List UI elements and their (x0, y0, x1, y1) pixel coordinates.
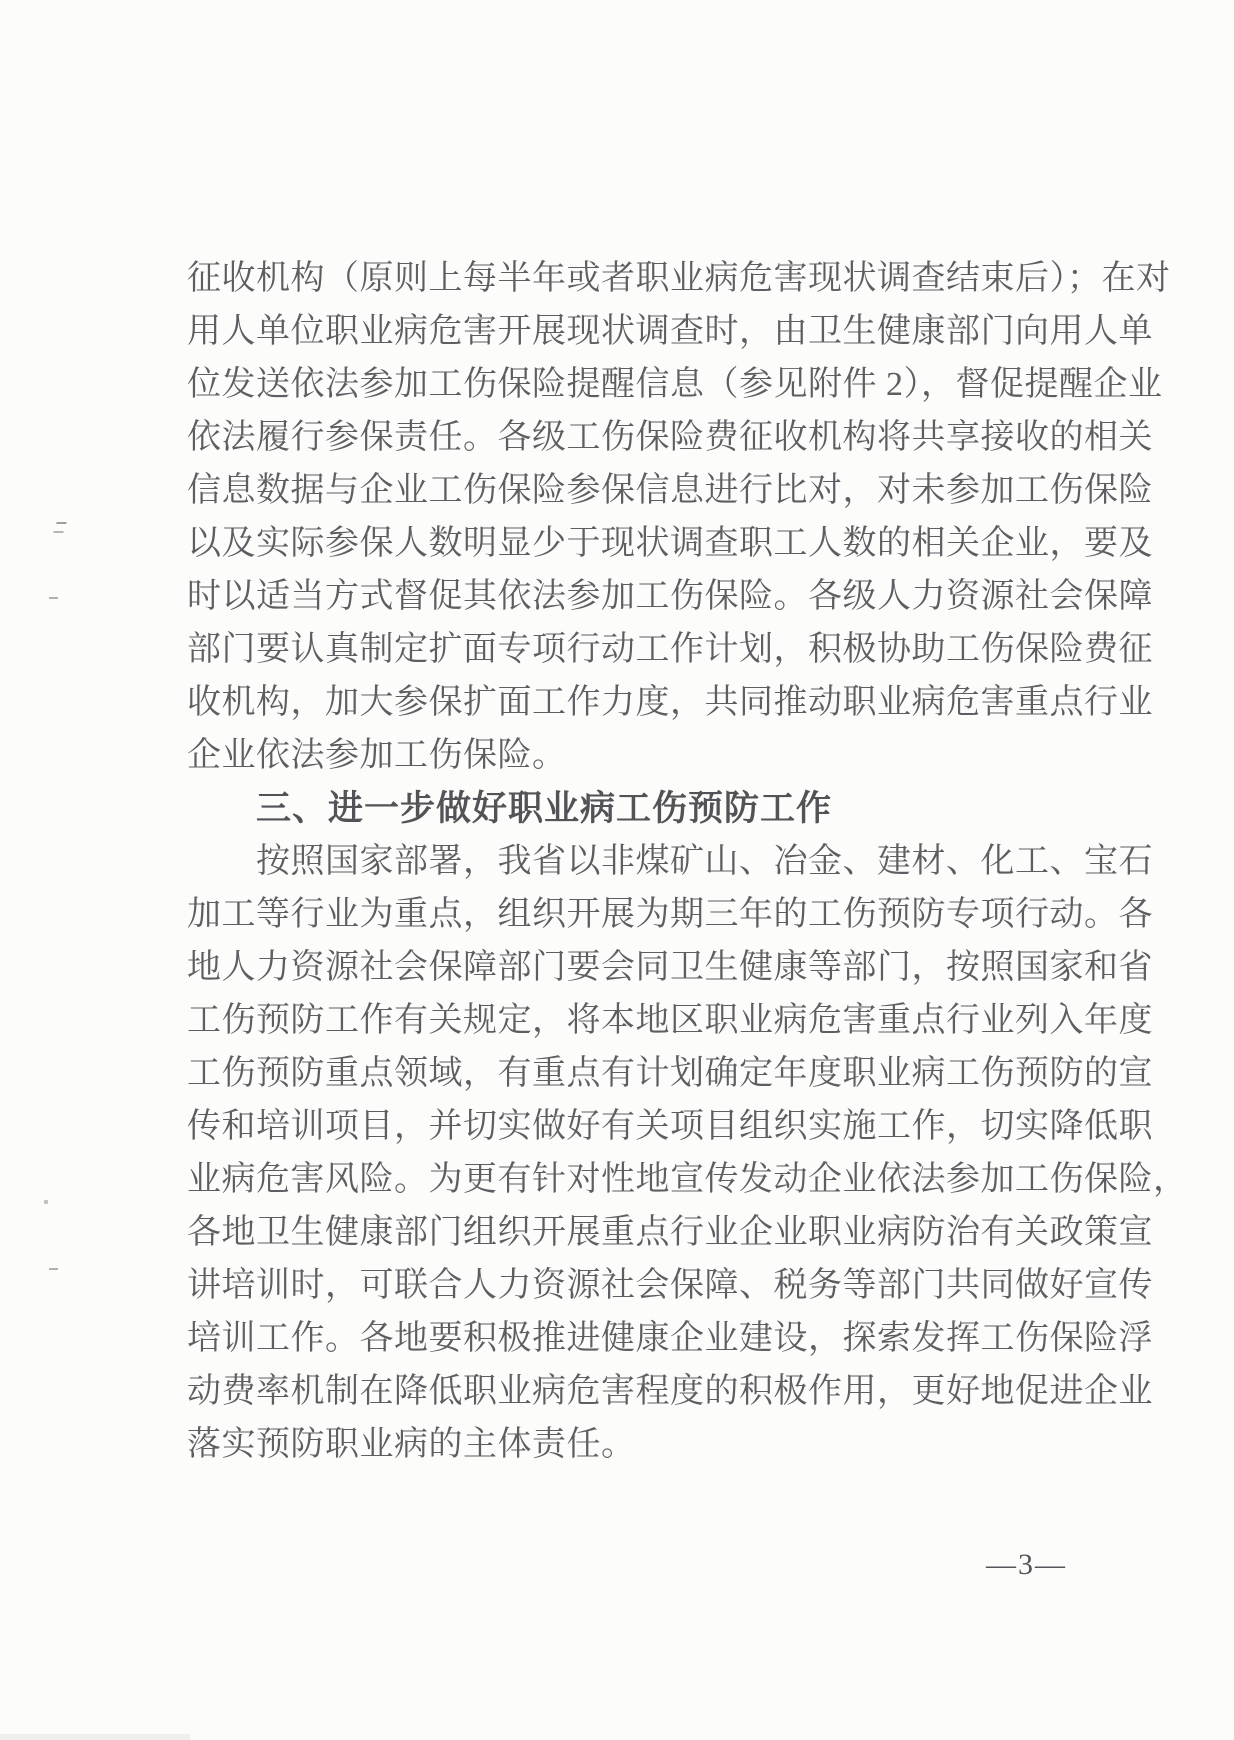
body-line: 各地卫生健康部门组织开展重点行业企业职业病防治有关政策宣 (187, 1206, 988, 1259)
body-line: 培训工作。各地要积极推进健康企业建设，探索发挥工伤保险浮 (187, 1312, 988, 1365)
body-line: 讲培训时，可联合人力资源社会保障、税务等部门共同做好宣传 (187, 1259, 988, 1312)
scan-speck (44, 1200, 48, 1204)
document-text-block: 征收机构（原则上每半年或者职业病危害现状调查结束后）；在对 用人单位职业病危害开… (187, 252, 988, 1471)
body-line: 传和培训项目，并切实做好有关项目组织实施工作，切实降低职 (187, 1100, 988, 1153)
body-line: 地人力资源社会保障部门要会同卫生健康等部门，按照国家和省 (187, 941, 988, 994)
page-number: —3— (986, 1548, 1067, 1582)
body-line: 工伤预防工作有关规定，将本地区职业病危害重点行业列入年度 (187, 994, 988, 1047)
body-line: 收机构，加大参保扩面工作力度，共同推动职业病危害重点行业 (187, 676, 988, 729)
body-line: 业病危害风险。为更有针对性地宣传发动企业依法参加工伤保险， (187, 1153, 988, 1206)
body-line: 征收机构（原则上每半年或者职业病危害现状调查结束后）；在对 (187, 252, 988, 305)
scanned-document-page: 征收机构（原则上每半年或者职业病危害现状调查结束后）；在对 用人单位职业病危害开… (0, 0, 1234, 1740)
body-line: 按照国家部署，我省以非煤矿山、冶金、建材、化工、宝石 (187, 835, 988, 888)
body-line: 信息数据与企业工伤保险参保信息进行比对，对未参加工伤保险 (187, 464, 988, 517)
body-line: 动费率机制在降低职业病危害程度的积极作用，更好地促进企业 (187, 1365, 988, 1418)
body-line: 落实预防职业病的主体责任。 (187, 1418, 988, 1471)
body-line: 位发送依法参加工伤保险提醒信息（参见附件 2），督促提醒企业 (187, 358, 988, 411)
body-line: 以及实际参保人数明显少于现状调查职工人数的相关企业，要及 (187, 517, 988, 570)
scan-edge-artifact (0, 1734, 190, 1740)
body-line: 部门要认真制定扩面专项行动工作计划，积极协助工伤保险费征 (187, 623, 988, 676)
body-line: 依法履行参保责任。各级工伤保险费征收机构将共享接收的相关 (187, 411, 988, 464)
body-line: 企业依法参加工伤保险。 (187, 729, 988, 782)
body-line: 工伤预防重点领域，有重点有计划确定年度职业病工伤预防的宣 (187, 1047, 988, 1100)
body-line: 时以适当方式督促其依法参加工伤保险。各级人力资源社会保障 (187, 570, 988, 623)
section-heading: 三、进一步做好职业病工伤预防工作 (187, 782, 988, 835)
scan-speck (53, 522, 67, 533)
body-line: 用人单位职业病危害开展现状调查时，由卫生健康部门向用人单 (187, 305, 988, 358)
scan-speck (49, 1268, 58, 1270)
body-line: 加工等行业为重点，组织开展为期三年的工伤预防专项行动。各 (187, 888, 988, 941)
scan-speck (49, 597, 58, 599)
